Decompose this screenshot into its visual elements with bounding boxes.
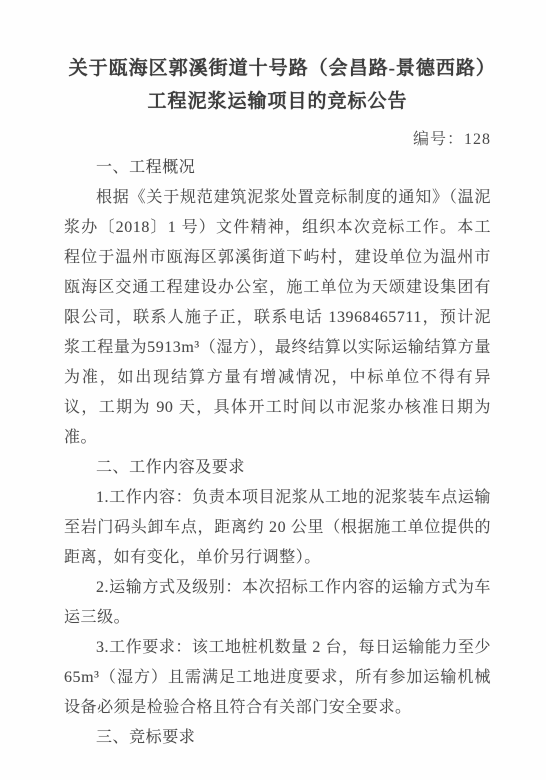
section-heading: 三、竞标要求: [64, 723, 491, 753]
section-heading: 二、工作内容及要求: [64, 453, 491, 483]
paragraph: 1.工作内容：负责本项目泥浆从工地的泥浆装车点运输至岩门码头卸车点，距离约 20…: [64, 483, 491, 573]
section-heading: 一、工程概况: [64, 153, 491, 183]
paragraph: 2.运输方式及级别：本次招标工作内容的运输方式为车运三级。: [64, 573, 491, 633]
scanned-document-page: 关于瓯海区郭溪街道十号路（会昌路-景德西路）工程泥浆运输项目的竞标公告 编号：1…: [0, 0, 546, 780]
paragraph: 3.工作要求：该工地桩机数量 2 台，每日运输能力至少65m³（湿方）且需满足工…: [64, 633, 491, 723]
document-content: 关于瓯海区郭溪街道十号路（会昌路-景德西路）工程泥浆运输项目的竞标公告 编号：1…: [64, 52, 491, 753]
paragraph: 根据《关于规范建筑泥浆处置竞标制度的通知》（温泥浆办〔2018〕1 号）文件精神…: [64, 183, 491, 453]
document-number: 编号：128: [64, 126, 491, 149]
document-title: 关于瓯海区郭溪街道十号路（会昌路-景德西路）工程泥浆运输项目的竞标公告: [64, 52, 491, 118]
document-body: 一、工程概况根据《关于规范建筑泥浆处置竞标制度的通知》（温泥浆办〔2018〕1 …: [64, 153, 491, 753]
